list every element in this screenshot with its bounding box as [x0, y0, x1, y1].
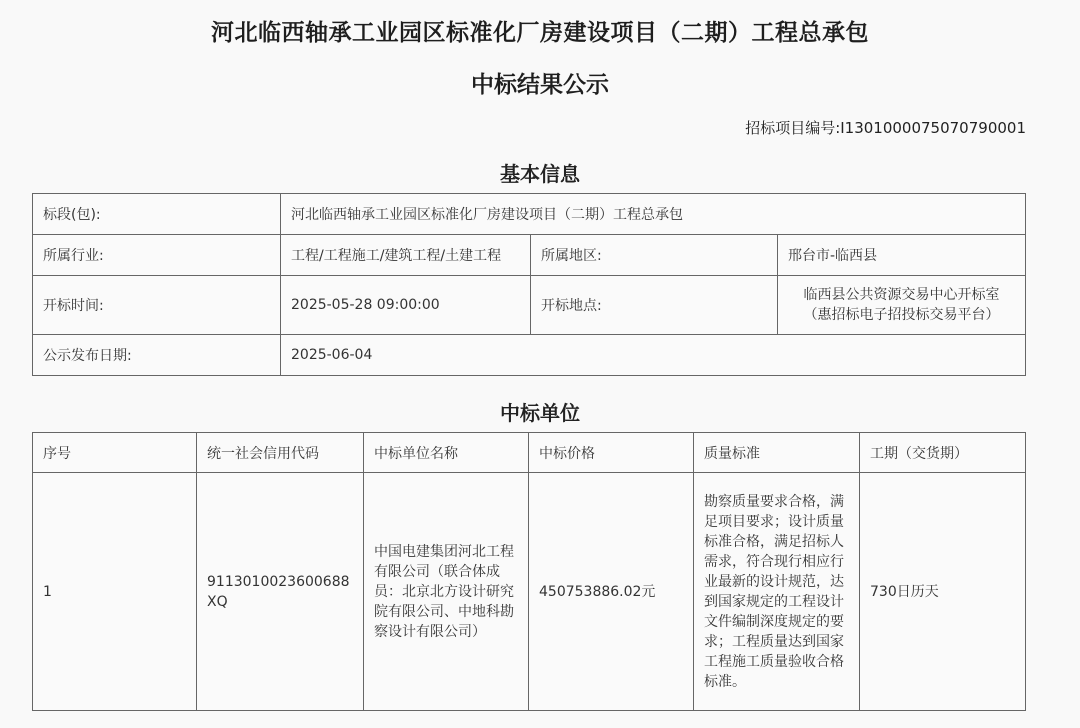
document-title: 河北临西轴承工业园区标准化厂房建设项目（二期）工程总承包 [0, 14, 1080, 47]
region-value: 邢台市-临西县 [778, 235, 1026, 276]
table-row: 公示发布日期: 2025-06-04 [33, 335, 1026, 376]
column-header-name: 中标单位名称 [364, 433, 529, 473]
table-row: 标段(包): 河北临西轴承工业园区标准化厂房建设项目（二期）工程总承包 [33, 194, 1026, 235]
publish-date-label: 公示发布日期: [33, 335, 281, 376]
table-row: 开标时间: 2025-05-28 09:00:00 开标地点: 临西县公共资源交… [33, 276, 1026, 335]
open-place-label: 开标地点: [531, 276, 778, 335]
open-place-value: 临西县公共资源交易中心开标室 （惠招标电子招投标交易平台） [778, 276, 1026, 335]
lot-value: 河北临西轴承工业园区标准化厂房建设项目（二期）工程总承包 [281, 194, 1026, 235]
winner-table: 序号 统一社会信用代码 中标单位名称 中标价格 质量标准 工期（交货期） 1 9… [32, 432, 1026, 711]
cell-duration: 730日历天 [860, 473, 1026, 711]
lot-label: 标段(包): [33, 194, 281, 235]
project-number: 招标项目编号:I1301000075070790001 [745, 117, 1026, 138]
section-title-basic-info: 基本信息 [0, 158, 1080, 187]
cell-price: 450753886.02元 [529, 473, 694, 711]
cell-credit-code: 9113010023600688XQ [197, 473, 364, 711]
table-row: 1 9113010023600688XQ 中国电建集团河北工程有限公司（联合体成… [33, 473, 1026, 711]
open-time-label: 开标时间: [33, 276, 281, 335]
industry-value: 工程/工程施工/建筑工程/土建工程 [281, 235, 531, 276]
open-place-line2: （惠招标电子招投标交易平台） [788, 305, 1015, 325]
table-header-row: 序号 统一社会信用代码 中标单位名称 中标价格 质量标准 工期（交货期） [33, 433, 1026, 473]
cell-index: 1 [33, 473, 197, 711]
section-title-winner: 中标单位 [0, 397, 1080, 426]
industry-label: 所属行业: [33, 235, 281, 276]
open-place-line1: 临西县公共资源交易中心开标室 [788, 285, 1015, 305]
open-time-value: 2025-05-28 09:00:00 [281, 276, 531, 335]
basic-info-table: 标段(包): 河北临西轴承工业园区标准化厂房建设项目（二期）工程总承包 所属行业… [32, 193, 1026, 376]
column-header-price: 中标价格 [529, 433, 694, 473]
table-row: 所属行业: 工程/工程施工/建筑工程/土建工程 所属地区: 邢台市-临西县 [33, 235, 1026, 276]
column-header-credit-code: 统一社会信用代码 [197, 433, 364, 473]
cell-winner-name: 中国电建集团河北工程有限公司（联合体成员：北京北方设计研究院有限公司、中地科勘察… [364, 473, 529, 711]
cell-quality: 勘察质量要求合格，满足项目要求；设计质量标准合格，满足招标人需求，符合现行相应行… [694, 473, 860, 711]
column-header-index: 序号 [33, 433, 197, 473]
region-label: 所属地区: [531, 235, 778, 276]
column-header-quality: 质量标准 [694, 433, 860, 473]
publish-date-value: 2025-06-04 [281, 335, 1026, 376]
document-subtitle: 中标结果公示 [0, 66, 1080, 99]
column-header-duration: 工期（交货期） [860, 433, 1026, 473]
